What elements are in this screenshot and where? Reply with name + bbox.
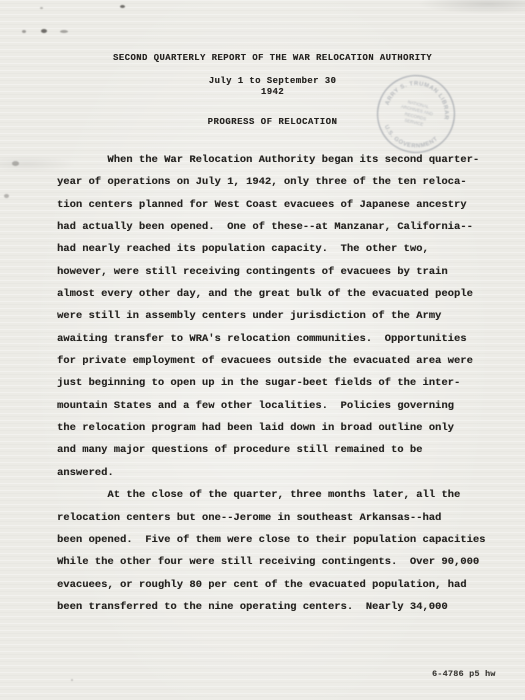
- footer-code: 6-4786 p5 hw: [432, 669, 496, 679]
- paper-speck: [22, 30, 26, 33]
- document-page: SECOND QUARTERLY REPORT OF THE WAR RELOC…: [0, 0, 525, 700]
- paper-speck: [12, 161, 19, 166]
- document-title: SECOND QUARTERLY REPORT OF THE WAR RELOC…: [10, 53, 525, 63]
- paper-speck: [41, 29, 47, 33]
- paper-speck: [40, 7, 43, 9]
- paper-speck: [71, 679, 73, 681]
- body-text: When the War Relocation Authority began …: [57, 149, 517, 618]
- paper-speck: [4, 194, 9, 198]
- paper-speck: [120, 5, 125, 8]
- paper-speck: [60, 30, 68, 33]
